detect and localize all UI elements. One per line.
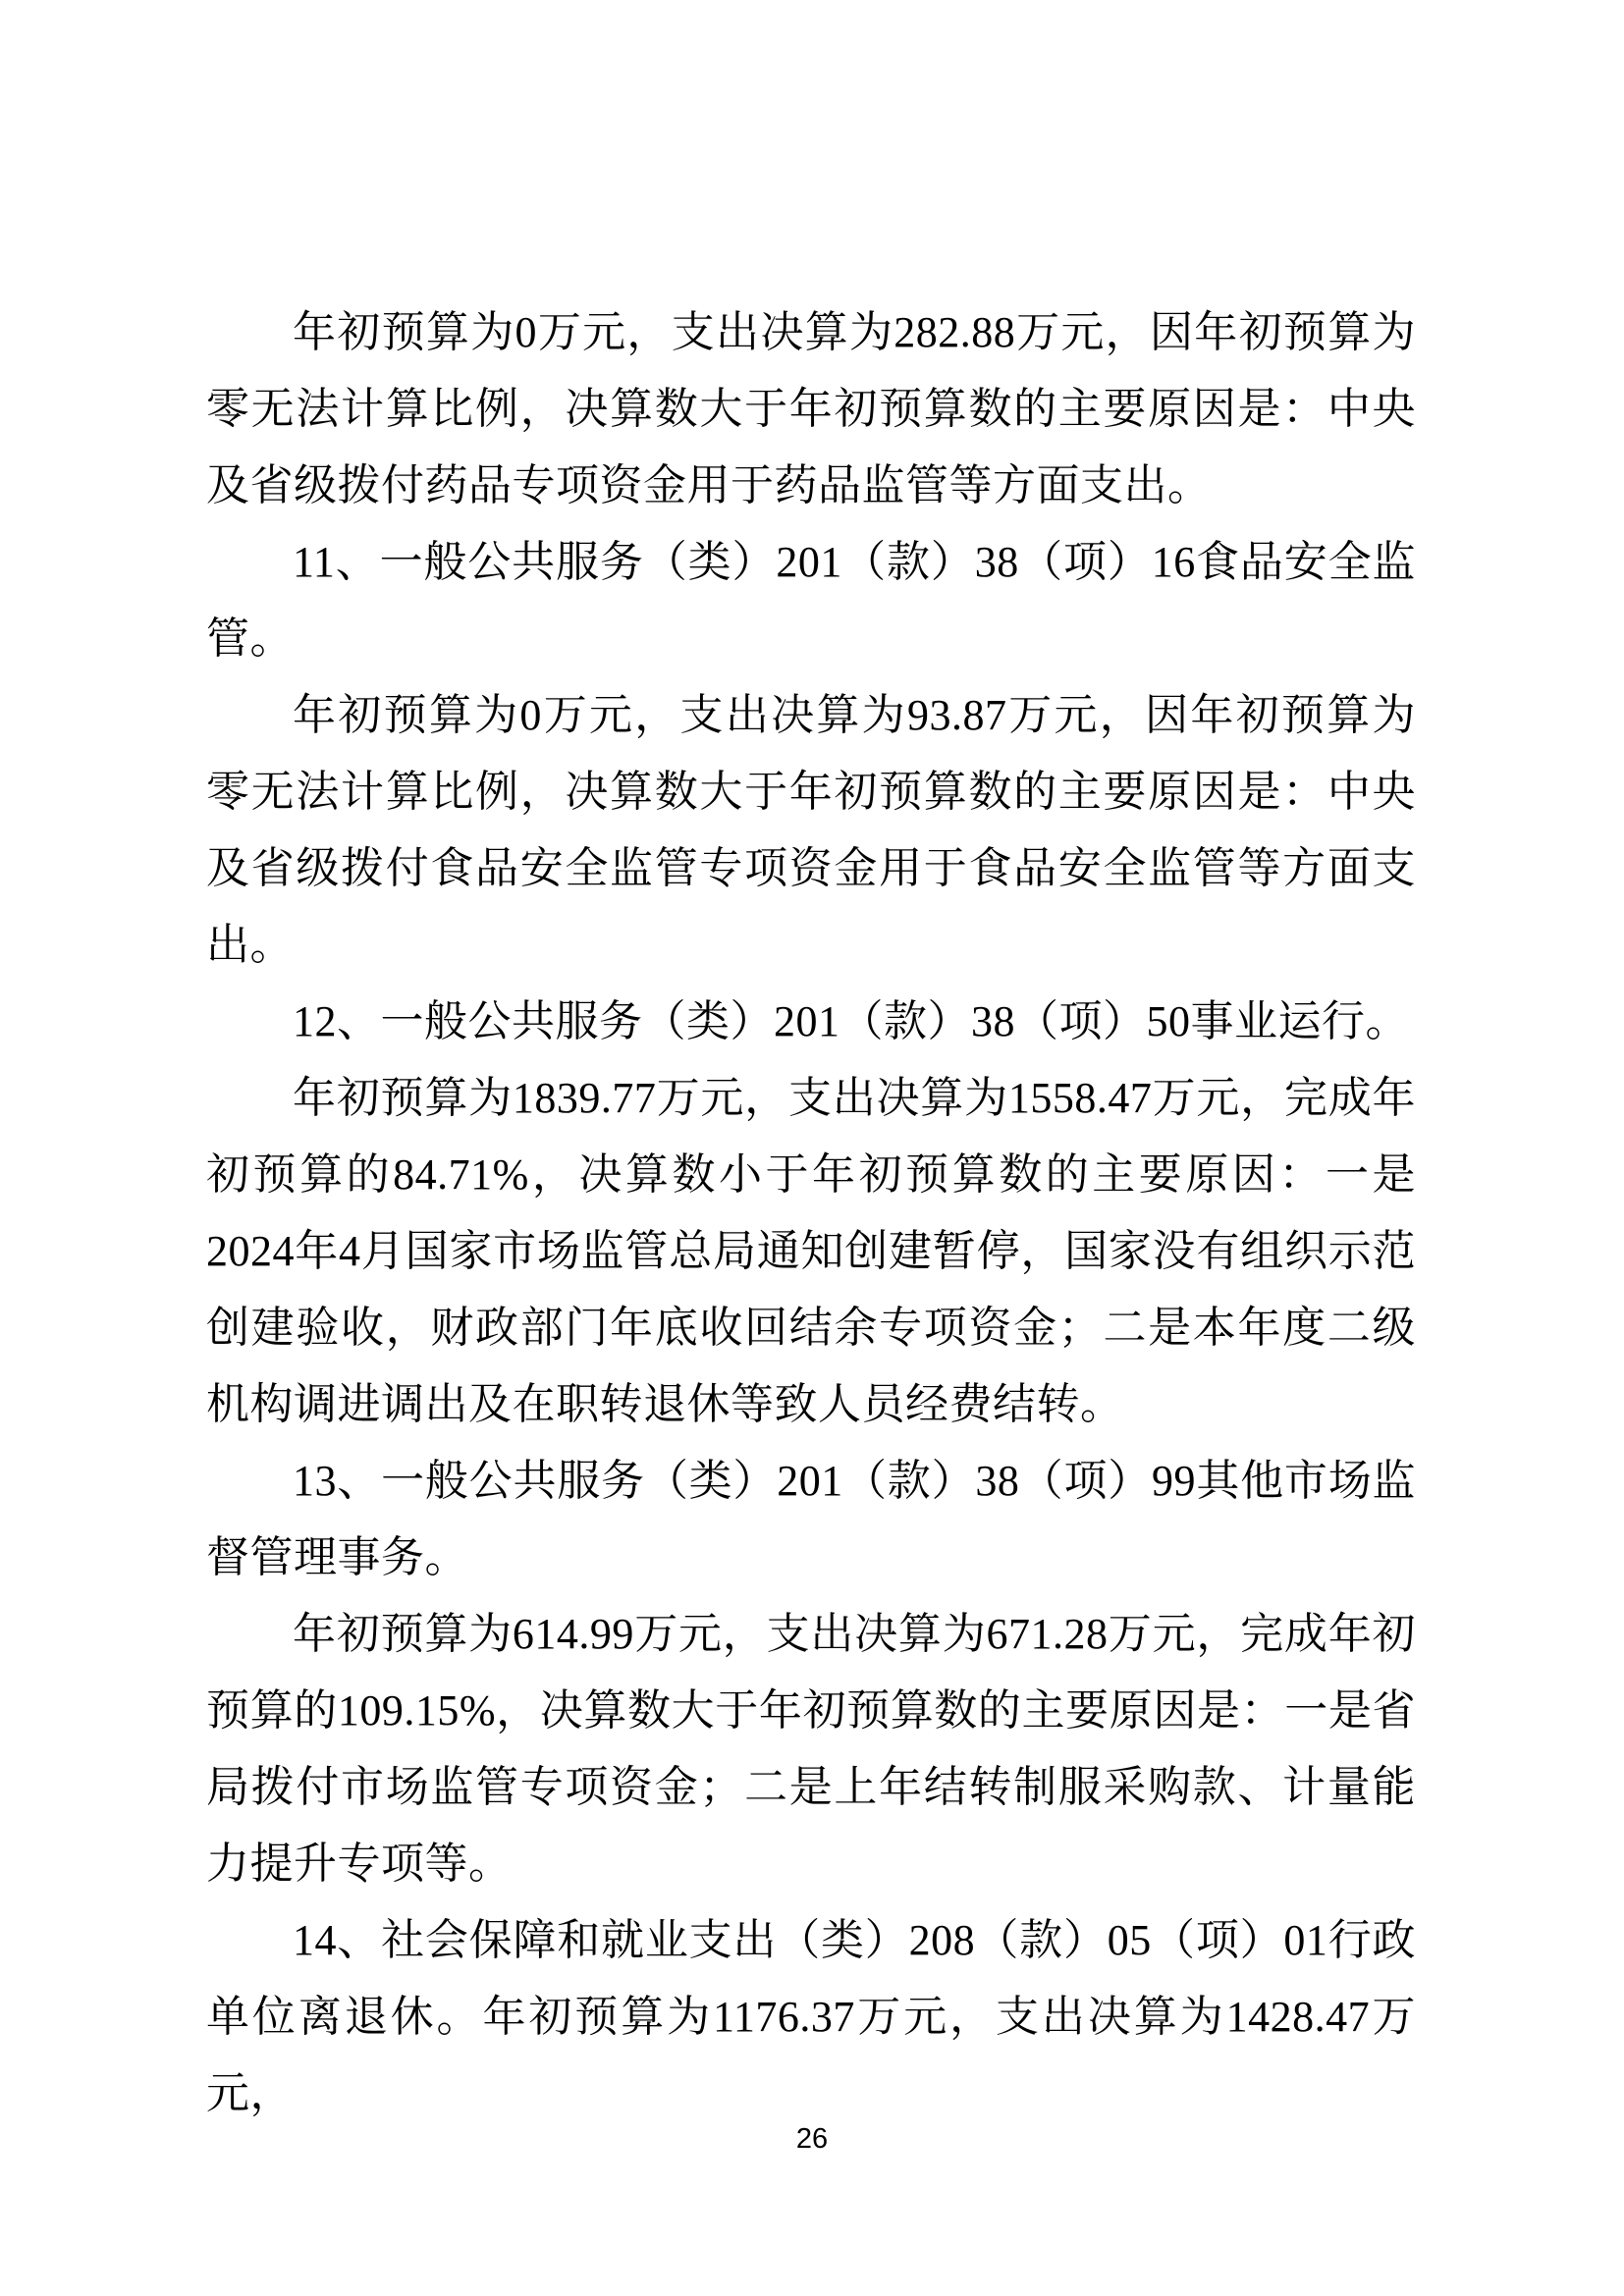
document-page: 年初预算为0万元，支出决算为282.88万元，因年初预算为零无法计算比例，决算数… <box>0 0 1624 2296</box>
paragraph-item-12-explanation: 年初预算为1839.77万元，支出决算为1558.47万元，完成年初预算的84.… <box>206 1060 1416 1443</box>
paragraph-item-13-explanation: 年初预算为614.99万元，支出决算为671.28万元，完成年初预算的109.1… <box>206 1596 1416 1902</box>
paragraph-item-13-heading: 13、一般公共服务（类）201（款）38（项）99其他市场监督管理事务。 <box>206 1443 1416 1596</box>
paragraph-item-12-heading: 12、一般公共服务（类）201（款）38（项）50事业运行。 <box>206 984 1416 1060</box>
paragraph-item-11-explanation: 年初预算为0万元，支出决算为93.87万元，因年初预算为零无法计算比例，决算数大… <box>206 677 1416 984</box>
paragraph-budget-explanation-10: 年初预算为0万元，支出决算为282.88万元，因年初预算为零无法计算比例，决算数… <box>206 294 1416 524</box>
paragraph-item-11-heading: 11、一般公共服务（类）201（款）38（项）16食品安全监管。 <box>206 524 1416 677</box>
page-number: 26 <box>0 2122 1624 2156</box>
document-body: 年初预算为0万元，支出决算为282.88万元，因年初预算为零无法计算比例，决算数… <box>206 294 1416 2132</box>
paragraph-item-14: 14、社会保障和就业支出（类）208（款）05（项）01行政单位离退休。年初预算… <box>206 1902 1416 2132</box>
